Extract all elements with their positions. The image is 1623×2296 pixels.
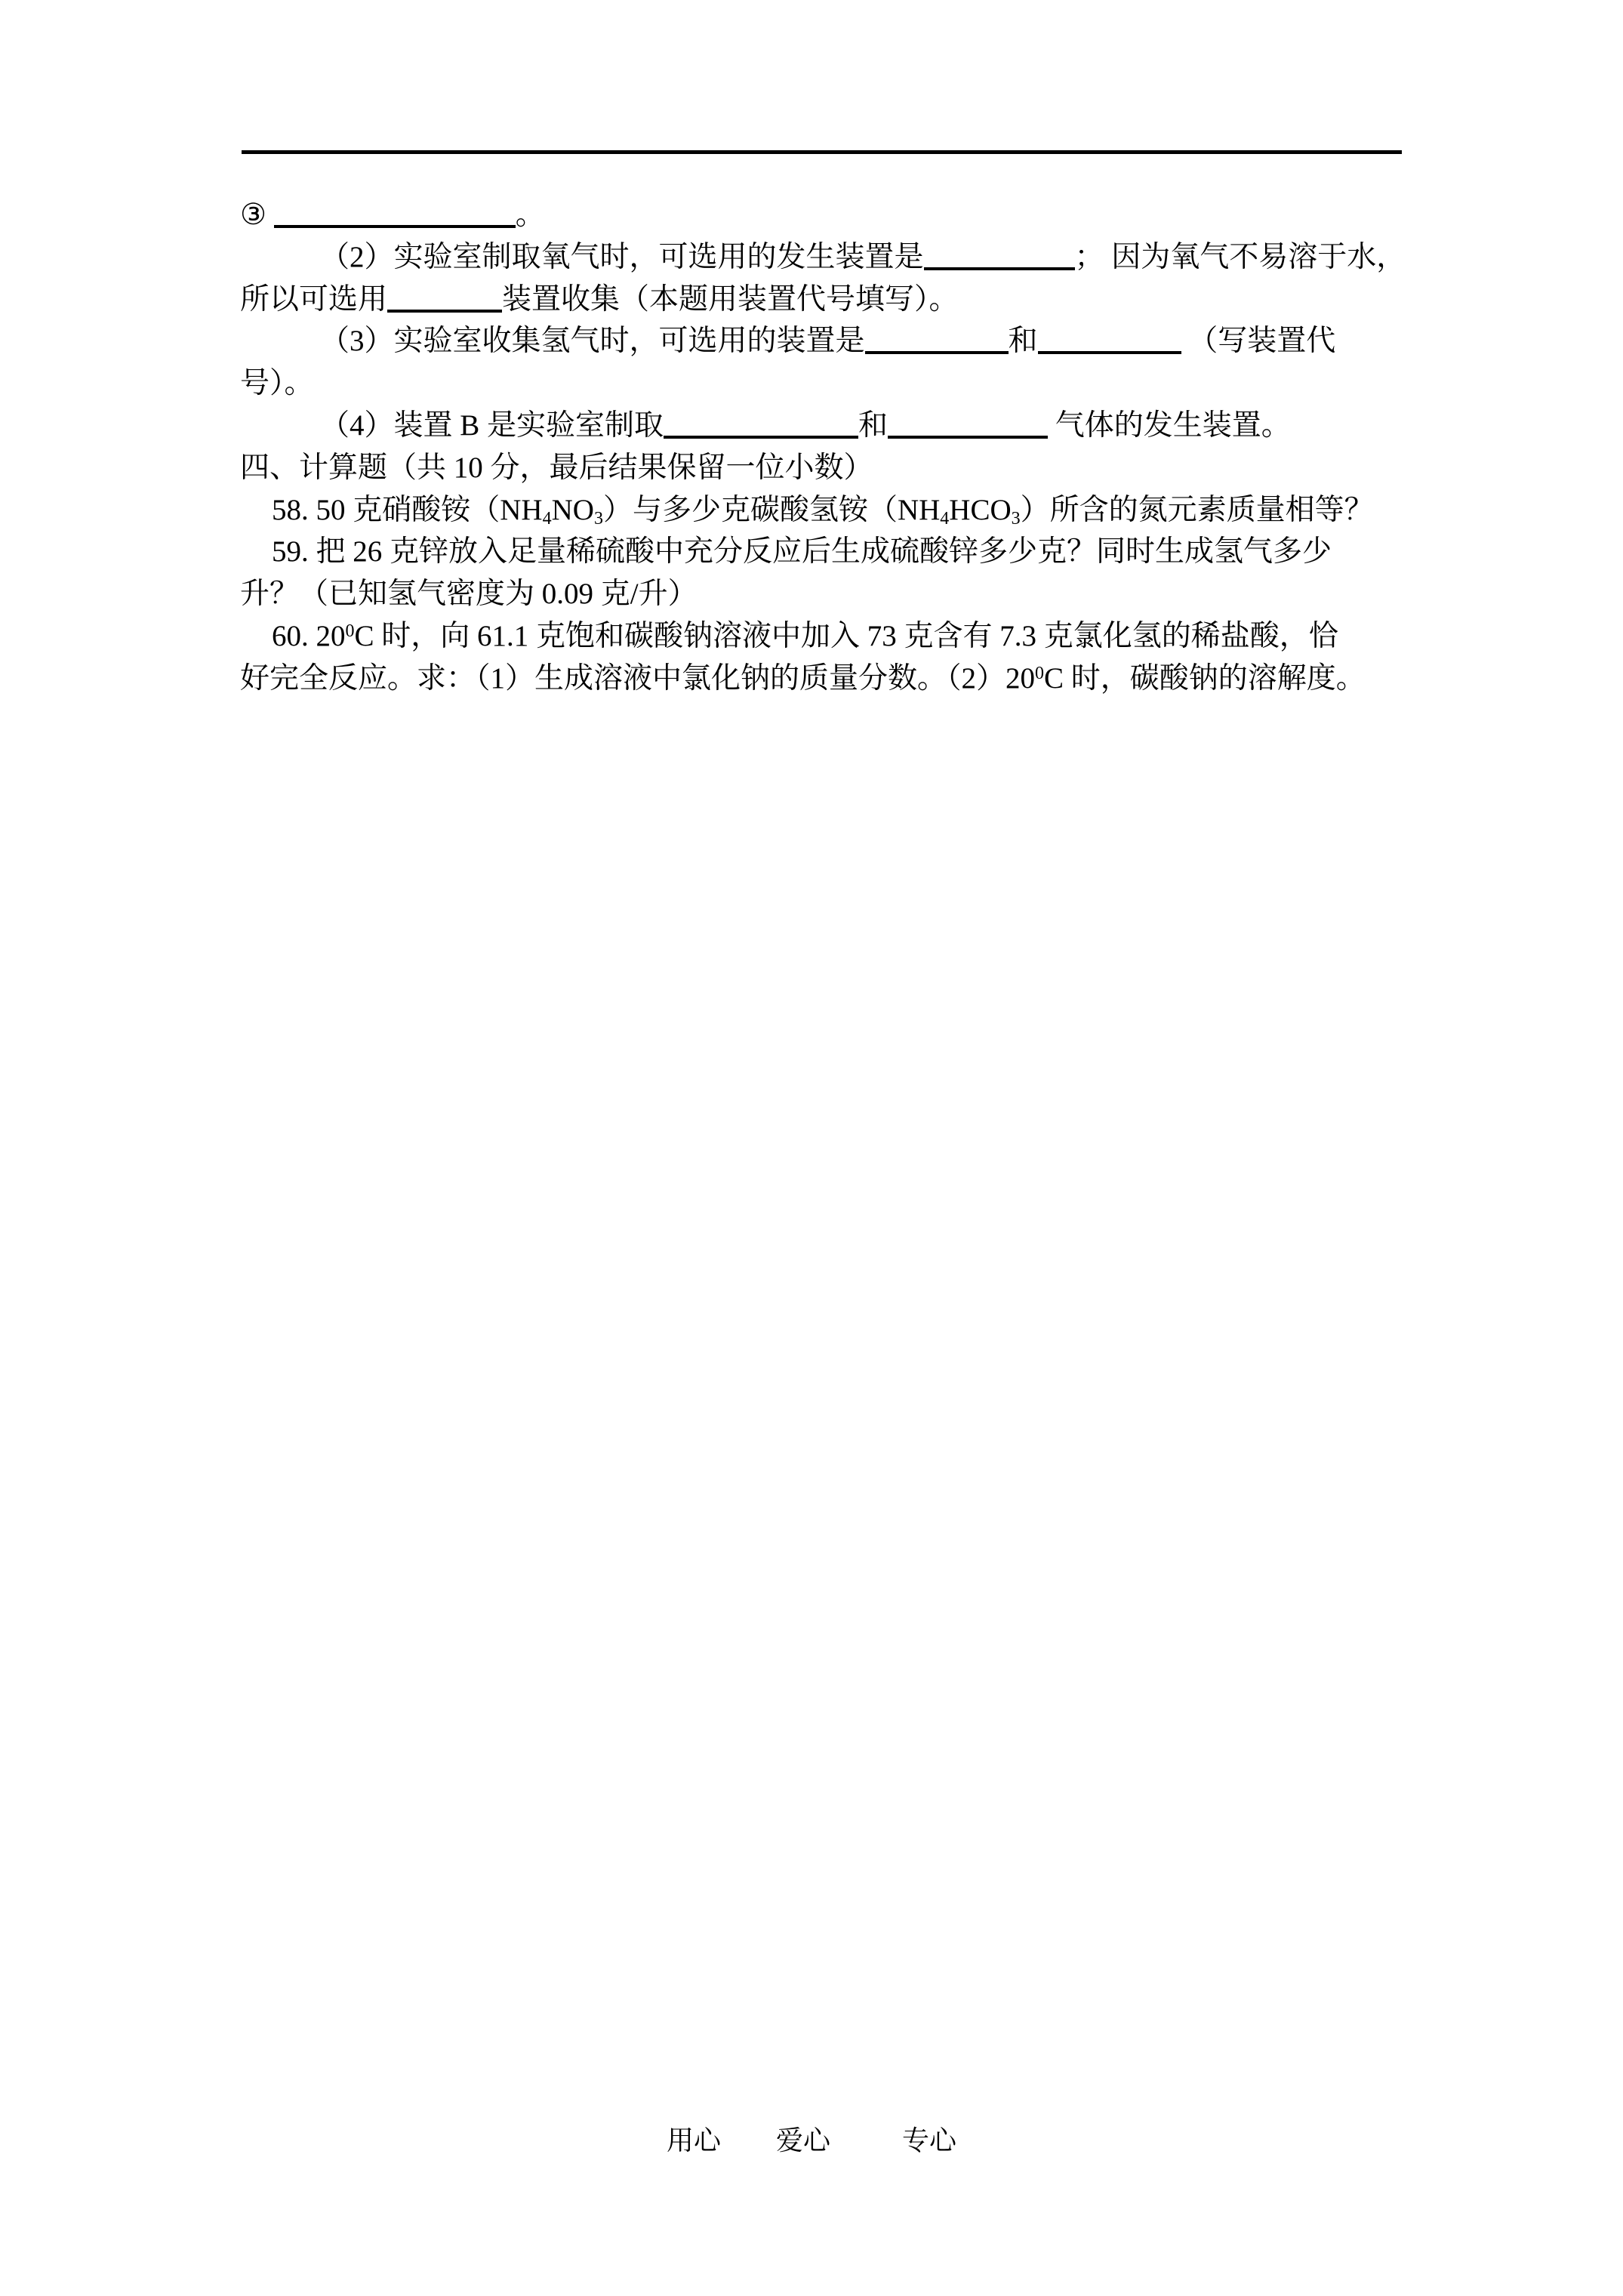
answer-blank	[924, 248, 1075, 270]
chemical-formula-subscript: 4	[940, 509, 949, 529]
answer-blank	[1038, 331, 1181, 354]
question-59-line-1: 59. 把 26 克锌放入足量稀硫酸中充分反应后生成硫酸锌多少克？同时生成氢气多…	[240, 531, 1399, 573]
text-run: ）与多少克碳酸氢铵（NH	[603, 494, 940, 526]
footer-motto-3: 专心	[902, 2124, 956, 2157]
question-58: 58. 50 克硝酸铵（NH4NO3）与多少克碳酸氢铵（NH4HCO3）所含的氮…	[240, 489, 1399, 532]
document-page: ③ 。（2）实验室制取氧气时，可选用的发生装置是； 因为氧气不易溶于水，所以可选…	[0, 0, 1623, 2296]
circled-3-blank-line: ③ 。	[240, 194, 1399, 236]
text-run: 和	[858, 409, 888, 442]
text-run: 号）。	[240, 367, 314, 399]
text-run: ； 因为氧气不易溶于水，	[1075, 241, 1406, 273]
text-run: （写装置代	[1181, 325, 1336, 357]
text-run: 。	[516, 199, 545, 231]
footer-motto-2: 爱心	[776, 2124, 830, 2157]
text-run: HCO	[949, 494, 1011, 526]
part-3-hydrogen-line-2: 号）。	[240, 362, 1399, 405]
temperature-superscript: 0	[1035, 664, 1044, 683]
temperature-superscript: 0	[346, 621, 355, 641]
text-run: 四、计算题（共 10 分，最后结果保留一位小数）	[240, 451, 873, 484]
text-run: （3）实验室收集氢气时，可选用的装置是	[320, 325, 865, 357]
text-run: （2）实验室制取氧气时，可选用的发生装置是	[320, 241, 924, 273]
chemical-formula-subscript: 3	[594, 509, 603, 529]
answer-blank	[387, 290, 502, 313]
page-footer: 用心 爱心 专心	[0, 2124, 1623, 2157]
chemical-formula-subscript: 4	[543, 509, 552, 529]
answer-blank	[664, 416, 858, 439]
text-run: （4）装置 B 是实验室制取	[320, 409, 664, 442]
footer-motto-1: 用心	[667, 2124, 721, 2157]
text-run: 和	[1009, 325, 1038, 357]
text-run: C 时，碳酸钠的溶解度。	[1044, 662, 1366, 695]
text-run: 60. 20	[272, 620, 346, 652]
text-run: 气体的发生装置。	[1048, 409, 1291, 442]
question-59-line-2: 升？（已知氢气密度为 0.09 克/升）	[240, 573, 1399, 615]
text-run: 59. 把 26 克锌放入足量稀硫酸中充分反应后生成硫酸锌多少克？同时生成氢气多…	[272, 535, 1332, 568]
text-run: ）所含的氮元素质量相等？	[1021, 494, 1374, 526]
chemical-formula-subscript: 3	[1012, 509, 1021, 529]
text-run: 58. 50 克硝酸铵（NH	[272, 494, 543, 526]
text-run: 装置收集（本题用装置代号填写）。	[502, 283, 959, 316]
part-3-hydrogen-line-1: （3）实验室收集氢气时，可选用的装置是和 （写装置代	[240, 320, 1399, 362]
answer-blank	[274, 205, 516, 228]
text-run: 所以可选用	[240, 283, 387, 316]
document-body: ③ 。（2）实验室制取氧气时，可选用的发生装置是； 因为氧气不易溶于水，所以可选…	[240, 194, 1399, 700]
header-rule	[242, 150, 1402, 154]
text-run: NO	[552, 494, 594, 526]
text-run: ③	[240, 199, 274, 231]
question-60-line-2: 好完全反应。求：（1）生成溶液中氯化钠的质量分数。（2）200C 时，碳酸钠的溶…	[240, 658, 1399, 700]
text-run: 升？（已知氢气密度为 0.09 克/升）	[240, 578, 698, 610]
section-4-heading: 四、计算题（共 10 分，最后结果保留一位小数）	[240, 447, 1399, 489]
part-2-oxygen-line-2: 所以可选用装置收集（本题用装置代号填写）。	[240, 279, 1399, 321]
part-2-oxygen-line-1: （2）实验室制取氧气时，可选用的发生装置是； 因为氧气不易溶于水，	[240, 236, 1399, 279]
answer-blank	[888, 416, 1048, 439]
answer-blank	[865, 331, 1009, 354]
part-4-device-b-line: （4）装置 B 是实验室制取和 气体的发生装置。	[240, 405, 1399, 447]
text-run: C 时，向 61.1 克饱和碳酸钠溶液中加入 73 克含有 7.3 克氯化氢的稀…	[355, 620, 1338, 652]
text-run: 好完全反应。求：（1）生成溶液中氯化钠的质量分数。（2）20	[240, 662, 1035, 695]
question-60-line-1: 60. 200C 时，向 61.1 克饱和碳酸钠溶液中加入 73 克含有 7.3…	[240, 615, 1399, 658]
